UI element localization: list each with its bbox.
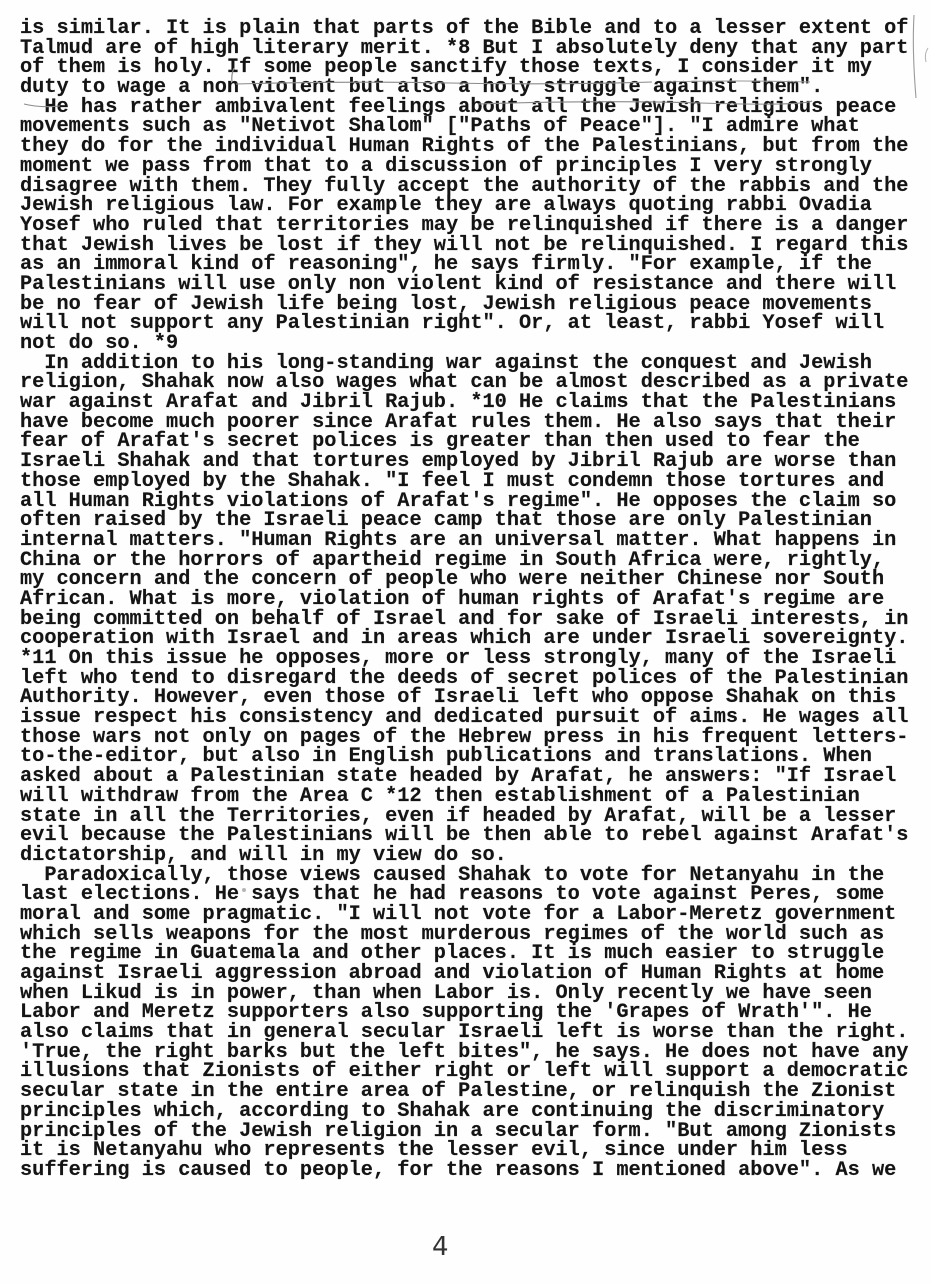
- margin-mark: [925, 48, 928, 62]
- text-line: asked about a Palestinian state headed b…: [20, 767, 908, 787]
- text-line: suffering is caused to people, for the r…: [20, 1161, 908, 1181]
- text-line: principles which, according to Shahak ar…: [20, 1102, 908, 1122]
- text-line: Jewish religious law. For example they a…: [20, 196, 908, 216]
- text-line: my concern and the concern of people who…: [20, 570, 908, 590]
- text-line: issue respect his consistency and dedica…: [20, 708, 908, 728]
- text-line: is similar. It is plain that parts of th…: [20, 19, 908, 39]
- text-line: they do for the individual Human Rights …: [20, 137, 908, 157]
- text-line: war against Arafat and Jibril Rajub. *10…: [20, 393, 908, 413]
- body-text: is similar. It is plain that parts of th…: [20, 19, 908, 1181]
- text-line: Palestinians will use only non violent k…: [20, 275, 908, 295]
- text-line: *11 On this issue he opposes, more or le…: [20, 649, 908, 669]
- text-line: dictatorship, and will in my view do so.: [20, 846, 908, 866]
- text-line: as an immoral kind of reasoning", he say…: [20, 255, 908, 275]
- page-number: 4: [432, 1232, 449, 1262]
- text-line: last elections. He says that he had reas…: [20, 885, 908, 905]
- text-line: internal matters. "Human Rights are an u…: [20, 531, 908, 551]
- text-line: those employed by the Shahak. "I feel I …: [20, 472, 908, 492]
- text-line: Yosef who ruled that territories may be …: [20, 216, 908, 236]
- text-line: against Israeli aggression abroad and vi…: [20, 964, 908, 984]
- text-line: African. What is more, violation of huma…: [20, 590, 908, 610]
- document-page: is similar. It is plain that parts of th…: [0, 0, 931, 1284]
- text-line: it is Netanyahu who represents the lesse…: [20, 1141, 908, 1161]
- text-line: moral and some pragmatic. "I will not vo…: [20, 905, 908, 925]
- text-line: will withdraw from the Area C *12 then e…: [20, 787, 908, 807]
- text-line: not do so. *9: [20, 334, 908, 354]
- margin-line: [913, 15, 916, 98]
- text-line: secular state in the entire area of Pale…: [20, 1082, 908, 1102]
- text-line: Israeli Shahak and that tortures employe…: [20, 452, 908, 472]
- text-line: evil because the Palestinians will be th…: [20, 826, 908, 846]
- text-line: often raised by the Israeli peace camp t…: [20, 511, 908, 531]
- text-line: duty to wage a non violent but also a ho…: [20, 78, 908, 98]
- text-line: also claims that in general secular Isra…: [20, 1023, 908, 1043]
- text-line: moment we pass from that to a discussion…: [20, 157, 908, 177]
